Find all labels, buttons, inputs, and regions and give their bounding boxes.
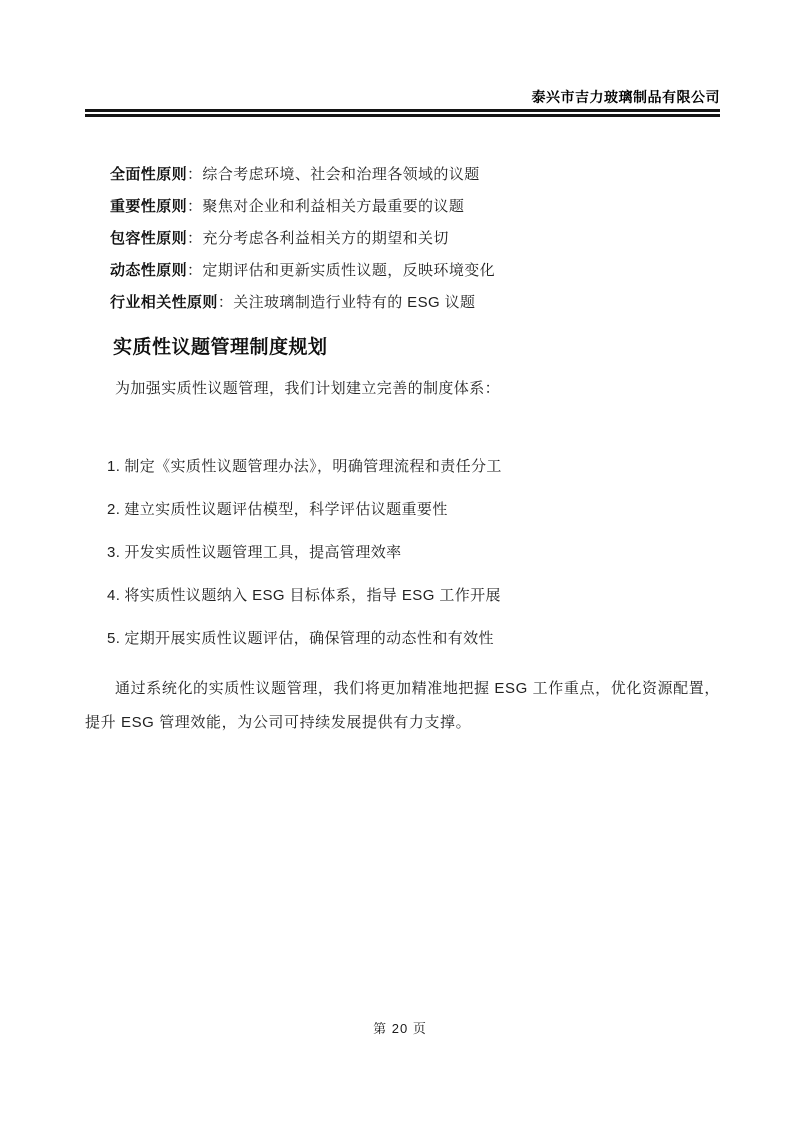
principles-list: 全面性原则：综合考虑环境、社会和治理各领域的议题 重要性原则：聚焦对企业和利益相… xyxy=(85,159,720,319)
principle-label: 全面性原则 xyxy=(110,166,187,183)
plan-item-number: 4. xyxy=(107,587,120,604)
principle-item: 重要性原则：聚焦对企业和利益相关方最重要的议题 xyxy=(110,191,720,223)
plan-item-number: 3. xyxy=(107,544,120,561)
principle-text: ：充分考虑各利益相关方的期望和关切 xyxy=(187,230,449,247)
header-rule-bottom xyxy=(85,114,720,117)
principle-item: 全面性原则：综合考虑环境、社会和治理各领域的议题 xyxy=(110,159,720,191)
page-content: 泰兴市吉力玻璃制品有限公司 全面性原则：综合考虑环境、社会和治理各领域的议题 重… xyxy=(85,0,720,740)
principle-item: 行业相关性原则：关注玻璃制造行业特有的 ESG 议题 xyxy=(110,287,720,319)
principle-label: 重要性原则 xyxy=(110,198,187,215)
plan-item: 2.建立实质性议题评估模型，科学评估议题重要性 xyxy=(107,500,720,520)
principle-text: ：定期评估和更新实质性议题，反映环境变化 xyxy=(187,262,495,279)
plan-item-number: 2. xyxy=(107,501,120,518)
closing-paragraph: 通过系统化的实质性议题管理，我们将更加精准地把握 ESG 工作重点，优化资源配置… xyxy=(85,672,720,740)
header-rule xyxy=(85,109,720,117)
principle-label: 包容性原则 xyxy=(110,230,187,247)
principle-item: 动态性原则：定期评估和更新实质性议题，反映环境变化 xyxy=(110,255,720,287)
plan-item: 3.开发实质性议题管理工具，提高管理效率 xyxy=(107,543,720,563)
plan-item-text: 开发实质性议题管理工具，提高管理效率 xyxy=(124,544,401,561)
plan-item: 5.定期开展实质性议题评估，确保管理的动态性和有效性 xyxy=(107,629,720,649)
principle-item: 包容性原则：充分考虑各利益相关方的期望和关切 xyxy=(110,223,720,255)
plan-item: 4.将实质性议题纳入 ESG 目标体系，指导 ESG 工作开展 xyxy=(107,586,720,606)
principle-label: 行业相关性原则 xyxy=(110,294,218,311)
principle-text: ：关注玻璃制造行业特有的 ESG 议题 xyxy=(218,294,476,311)
plan-item-text: 建立实质性议题评估模型，科学评估议题重要性 xyxy=(124,501,447,518)
principle-text: ：聚焦对企业和利益相关方最重要的议题 xyxy=(187,198,464,215)
principle-text: ：综合考虑环境、社会和治理各领域的议题 xyxy=(187,166,480,183)
plan-item-text: 将实质性议题纳入 ESG 目标体系，指导 ESG 工作开展 xyxy=(124,587,501,604)
section-title: 实质性议题管理制度规划 xyxy=(85,335,720,361)
plan-item-text: 制定《实质性议题管理办法》，明确管理流程和责任分工 xyxy=(124,458,502,475)
plan-list: 1.制定《实质性议题管理办法》，明确管理流程和责任分工 2.建立实质性议题评估模… xyxy=(85,457,720,649)
company-name: 泰兴市吉力玻璃制品有限公司 xyxy=(85,88,720,106)
document-page: 泰兴市吉力玻璃制品有限公司 全面性原则：综合考虑环境、社会和治理各领域的议题 重… xyxy=(0,0,800,1131)
plan-item-text: 定期开展实质性议题评估，确保管理的动态性和有效性 xyxy=(124,630,494,647)
plan-item-number: 1. xyxy=(107,458,120,475)
page-footer: 第 20 页 xyxy=(0,1018,800,1037)
principle-label: 动态性原则 xyxy=(110,262,187,279)
intro-paragraph: 为加强实质性议题管理，我们计划建立完善的制度体系： xyxy=(85,379,720,399)
plan-item-number: 5. xyxy=(107,630,120,647)
plan-item: 1.制定《实质性议题管理办法》，明确管理流程和责任分工 xyxy=(107,457,720,477)
